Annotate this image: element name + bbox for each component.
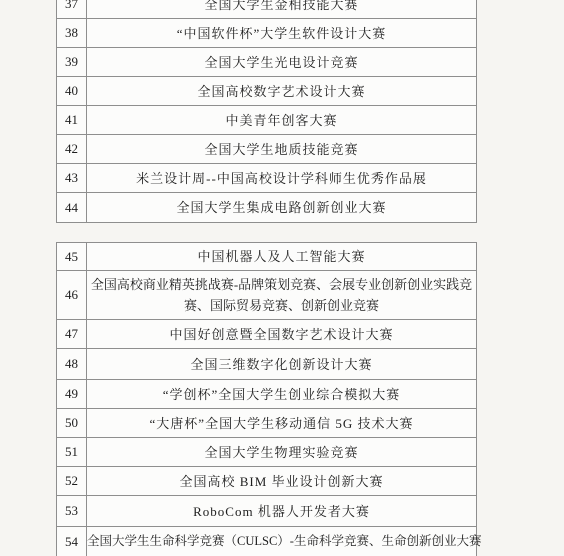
row-number-cell: 52	[57, 467, 87, 495]
row-number-cell: 46	[57, 271, 87, 319]
competition-name-cell: 全国三维数字化创新设计大赛	[87, 349, 476, 379]
table-row: 37 全国大学生金相技能大赛	[57, 0, 476, 19]
row-number-cell: 53	[57, 496, 87, 526]
row-number-cell: 47	[57, 320, 87, 348]
competition-name-cell: 全国大学生集成电路创新创业大赛	[87, 193, 476, 222]
competition-name-cell: 全国大学生物理实验竞赛	[87, 438, 476, 466]
row-number-cell: 41	[57, 106, 87, 134]
table-row: 42 全国大学生地质技能竞赛	[57, 135, 476, 164]
row-number-cell: 45	[57, 243, 87, 270]
table-row: 51 全国大学生物理实验竞赛	[57, 438, 476, 467]
row-number-cell: 48	[57, 349, 87, 379]
row-number-cell: 51	[57, 438, 87, 466]
competition-name-cell: 全国大学生光电设计竞赛	[87, 48, 476, 76]
table-row: 53 RoboCom 机器人开发者大赛	[57, 496, 476, 527]
table-row: 43 米兰设计周--中国高校设计学科师生优秀作品展	[57, 164, 476, 193]
table-row: 41 中美青年创客大赛	[57, 106, 476, 135]
competition-name-cell: 中美青年创客大赛	[87, 106, 476, 134]
table-row: 48 全国三维数字化创新设计大赛	[57, 349, 476, 380]
row-number-cell: 49	[57, 380, 87, 408]
table-row: 50 “大唐杯”全国大学生移动通信 5G 技术大赛	[57, 409, 476, 438]
row-number-cell: 43	[57, 164, 87, 192]
competition-name-cell: RoboCom 机器人开发者大赛	[87, 496, 476, 526]
row-number-cell: 39	[57, 48, 87, 76]
competition-name-cell: 全国大学生金相技能大赛	[87, 0, 476, 18]
table-row: 38 “中国软件杯”大学生软件设计大赛	[57, 19, 476, 48]
table-row: 39 全国大学生光电设计竞赛	[57, 48, 476, 77]
table-row: 49 “学创杯”全国大学生创业综合模拟大赛	[57, 380, 476, 409]
row-number-cell: 44	[57, 193, 87, 222]
competition-name-cell: 米兰设计周--中国高校设计学科师生优秀作品展	[87, 164, 476, 192]
competition-name-cell: 全国高校 BIM 毕业设计创新大赛	[87, 467, 476, 495]
row-number-cell: 40	[57, 77, 87, 105]
row-number-cell: 50	[57, 409, 87, 437]
competition-name-cell: 中国好创意暨全国数字艺术设计大赛	[87, 320, 476, 348]
table-row: 44 全国大学生集成电路创新创业大赛	[57, 193, 476, 222]
table-row: 54 全国大学生生命科学竞赛（CULSC）-生命科学竞赛、生命创新创业大赛	[57, 527, 476, 556]
competition-table-lower: 45 中国机器人及人工智能大赛 46 全国高校商业精英挑战赛-品牌策划竞赛、会展…	[56, 242, 477, 556]
competition-name-cell: 全国高校商业精英挑战赛-品牌策划竞赛、会展专业创新创业实践竞赛、国际贸易竞赛、创…	[87, 271, 476, 319]
competition-name-cell: “大唐杯”全国大学生移动通信 5G 技术大赛	[87, 409, 476, 437]
competition-name-cell: 全国大学生地质技能竞赛	[87, 135, 476, 163]
table-row: 46 全国高校商业精英挑战赛-品牌策划竞赛、会展专业创新创业实践竞赛、国际贸易竞…	[57, 271, 476, 320]
competition-name-cell: 全国高校数字艺术设计大赛	[87, 77, 476, 105]
table-row: 45 中国机器人及人工智能大赛	[57, 243, 476, 271]
competition-table-upper: 37 全国大学生金相技能大赛 38 “中国软件杯”大学生软件设计大赛 39 全国…	[56, 0, 477, 223]
competition-name-cell: 全国大学生生命科学竞赛（CULSC）-生命科学竞赛、生命创新创业大赛	[87, 527, 481, 556]
table-row: 52 全国高校 BIM 毕业设计创新大赛	[57, 467, 476, 496]
row-number-cell: 54	[57, 527, 87, 556]
row-number-cell: 38	[57, 19, 87, 47]
row-number-cell: 37	[57, 0, 87, 18]
competition-name-cell: 中国机器人及人工智能大赛	[87, 243, 476, 270]
table-row: 47 中国好创意暨全国数字艺术设计大赛	[57, 320, 476, 349]
document-page: 37 全国大学生金相技能大赛 38 “中国软件杯”大学生软件设计大赛 39 全国…	[0, 0, 564, 556]
row-number-cell: 42	[57, 135, 87, 163]
table-row: 40 全国高校数字艺术设计大赛	[57, 77, 476, 106]
competition-name-cell: “中国软件杯”大学生软件设计大赛	[87, 19, 476, 47]
competition-name-cell: “学创杯”全国大学生创业综合模拟大赛	[87, 380, 476, 408]
